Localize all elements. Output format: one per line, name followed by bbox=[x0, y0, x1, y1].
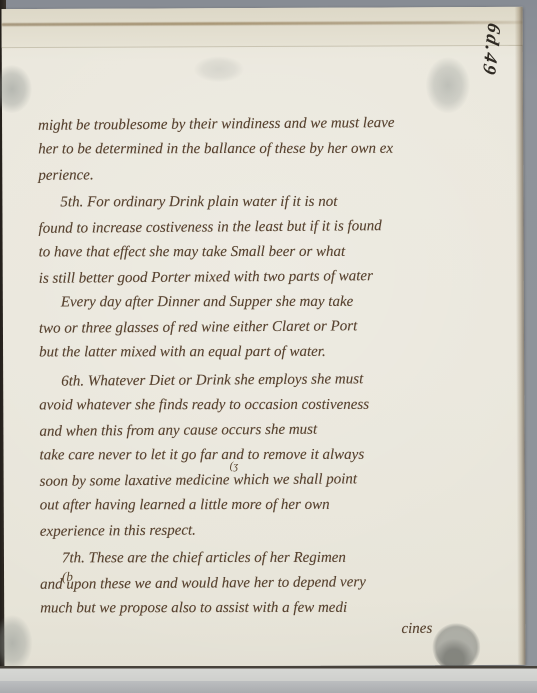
insertion-mark: (ʒ bbox=[230, 460, 239, 472]
letter-line: avoid whatever she finds ready to occasi… bbox=[39, 393, 505, 419]
letter-line: perience. bbox=[38, 160, 504, 189]
page-top-fold bbox=[2, 7, 523, 48]
letter-line: found to increase costiveness in the lea… bbox=[38, 213, 504, 242]
letter-body: might be troublesome by their windiness … bbox=[38, 111, 506, 644]
letter-line: Every day after Dinner and Supper she ma… bbox=[39, 290, 505, 316]
backdrop-bottom-strip bbox=[0, 681, 537, 693]
letter-line: cines bbox=[40, 616, 506, 645]
letter-line: out after having learned a little more o… bbox=[40, 493, 506, 519]
underlying-page-edge bbox=[0, 666, 537, 681]
letter-line: 5th. For ordinary Drink plain water if i… bbox=[38, 190, 504, 216]
letter-line: two or three glasses of red wine either … bbox=[39, 313, 505, 342]
letter-line: soon by some laxative medicine which we … bbox=[40, 466, 506, 495]
letter-line: might be troublesome by their windiness … bbox=[38, 110, 504, 139]
letter-line: and upon these we and would have her to … bbox=[40, 569, 506, 598]
letter-line: is still better good Porter mixed with t… bbox=[39, 263, 505, 292]
insertion-mark: (b bbox=[62, 569, 73, 585]
letter-page: might be troublesome by their windiness … bbox=[2, 7, 526, 667]
letter-line: take care never to let it go far and to … bbox=[39, 443, 505, 469]
letter-line: her to be determined in the ballance of … bbox=[38, 137, 504, 163]
letter-line: but the latter mixed with an equal part … bbox=[39, 340, 505, 366]
scanned-letter-photograph: might be troublesome by their windiness … bbox=[0, 0, 537, 693]
smudge-mark-top-middle bbox=[194, 56, 244, 82]
letter-line: 6th. Whatever Diet or Drink she employs … bbox=[39, 366, 505, 395]
smudge-mark-top-left bbox=[0, 65, 32, 113]
letter-line: experience in this respect. bbox=[40, 516, 506, 545]
letter-line: to have that effect she may take Small b… bbox=[39, 240, 505, 266]
smudge-mark-top-right bbox=[426, 57, 470, 113]
fold-crease-line bbox=[2, 21, 523, 26]
smudge-mark-bottom-left bbox=[0, 615, 32, 671]
letter-line: 7th. These are the chief articles of her… bbox=[40, 546, 506, 572]
letter-line: and when this from any cause occurs she … bbox=[39, 416, 505, 445]
